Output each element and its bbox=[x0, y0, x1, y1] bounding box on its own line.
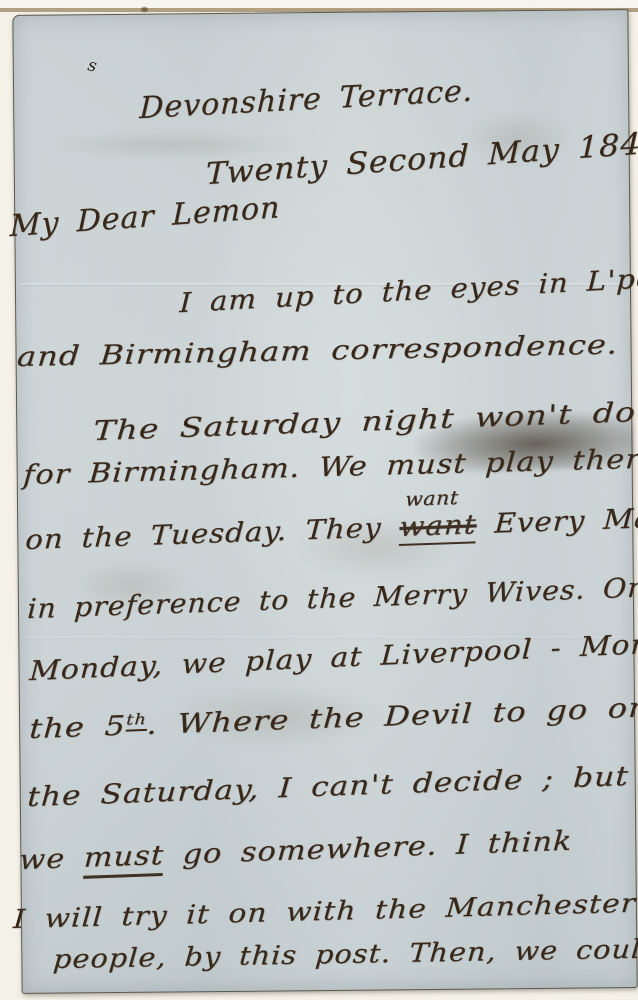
underlined-word: must bbox=[83, 840, 165, 879]
letter-content-layer: s Devonshire Terrace. Twenty Second May … bbox=[0, 0, 638, 1000]
letter-body-line: the Saturday, I can't decide ; but bbox=[27, 763, 630, 811]
letter-body-line: people, by this post. Then, we could bbox=[52, 936, 638, 973]
line-text-post: Every Man bbox=[476, 502, 638, 540]
correction: wantwant bbox=[399, 511, 478, 541]
ink-speck bbox=[141, 7, 148, 12]
superscript-th: th bbox=[126, 710, 148, 732]
line-text-post: go somewhere. I think bbox=[163, 826, 573, 871]
inserted-word: want bbox=[405, 489, 459, 510]
stray-ink-mark: s bbox=[86, 55, 99, 76]
letter-salutation: My Dear Lemon bbox=[9, 193, 280, 242]
line-text-pre: we bbox=[18, 843, 84, 876]
letter-body-line: Monday, we play at Liverpool - Monday bbox=[29, 628, 638, 685]
letter-body-line: I am up to the eyes in L'pool bbox=[179, 264, 638, 318]
letter-body-line: and Birmingham correspondence. bbox=[16, 331, 619, 371]
letter-body-line-with-underline: we must go somewhere. I think bbox=[19, 828, 574, 874]
struck-word: want bbox=[399, 509, 478, 546]
letter-heading-place: Devonshire Terrace. bbox=[139, 77, 474, 125]
line-text-pre: the 5 bbox=[28, 711, 126, 745]
letter-body-line: for Birmingham. We must play there, bbox=[22, 445, 638, 489]
letter-body-line: I will try it on with the Manchester bbox=[12, 891, 636, 933]
